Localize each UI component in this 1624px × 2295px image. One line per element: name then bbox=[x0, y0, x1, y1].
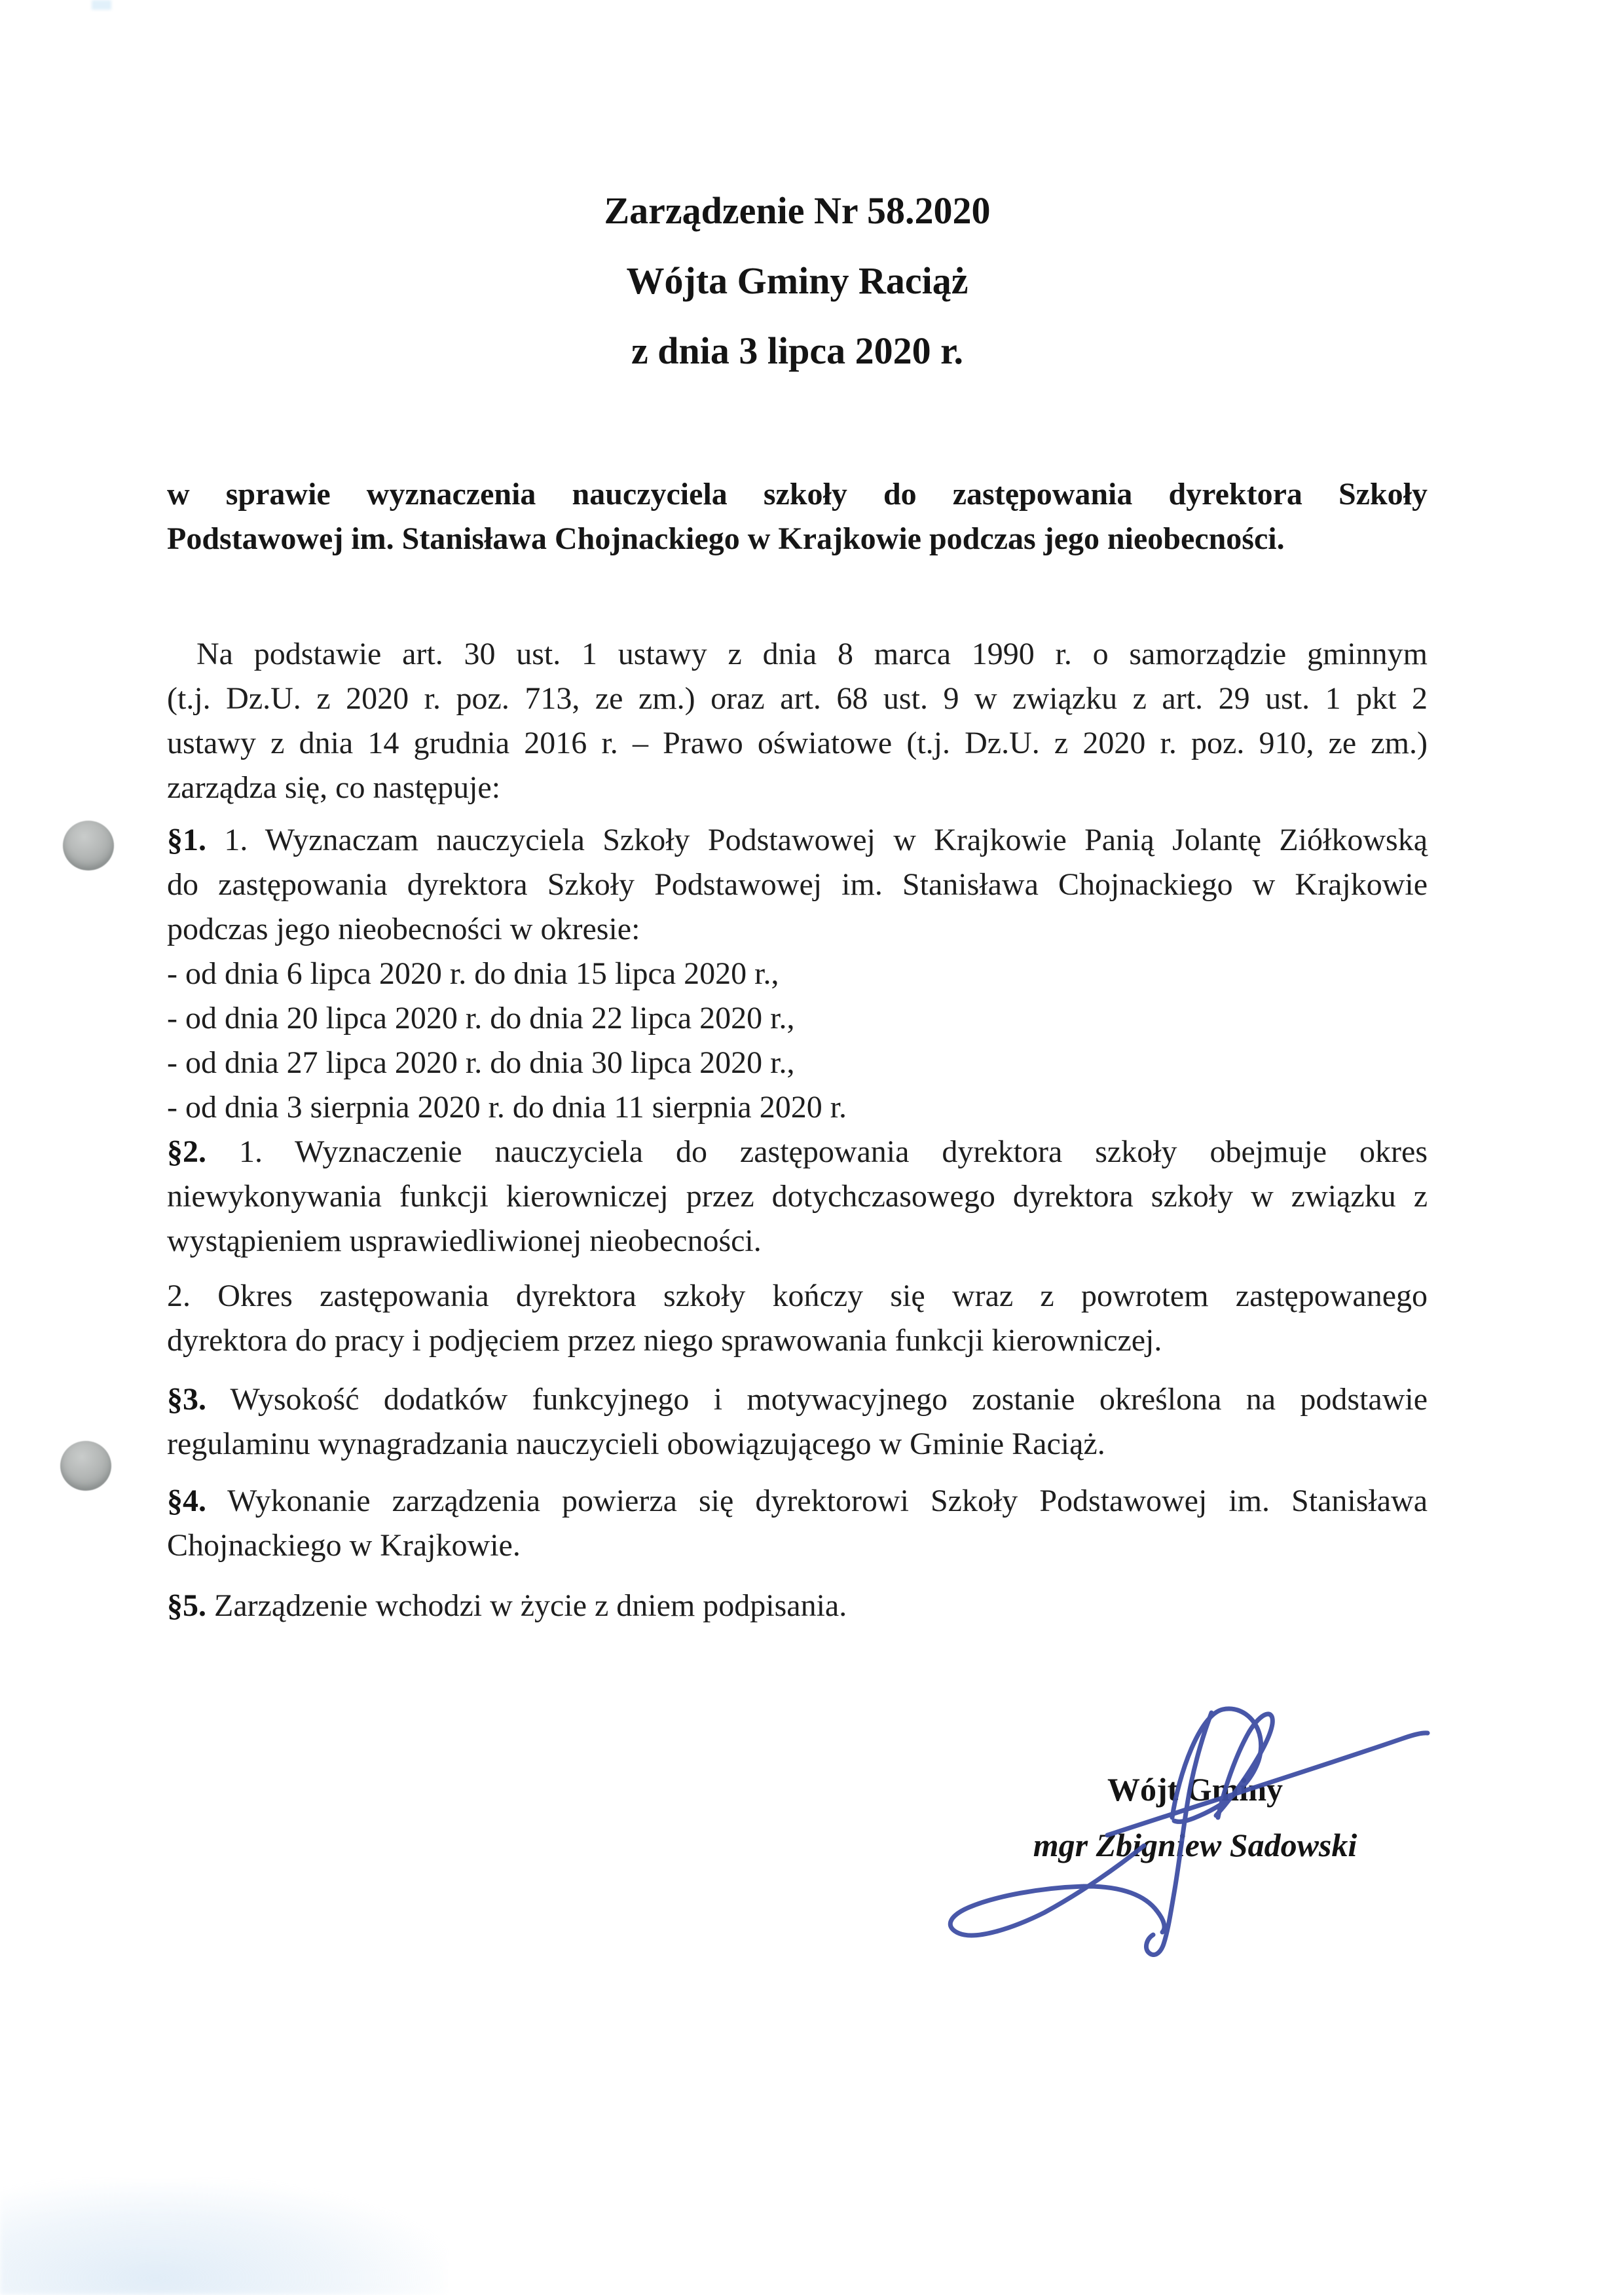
title-line-date: z dnia 3 lipca 2020 r. bbox=[167, 316, 1428, 386]
section-marker: §3. bbox=[167, 1382, 206, 1417]
section-line: Chojnackiego w Krajkowie. bbox=[167, 1523, 1428, 1568]
legal-basis-paragraph: Na podstawie art. 30 ust. 1 ustawy z dni… bbox=[167, 632, 1428, 810]
scanned-document-page: Zarządzenie Nr 58.2020 Wójta Gminy Racią… bbox=[0, 0, 1624, 2295]
date-range-item: - od dnia 27 lipca 2020 r. do dnia 30 li… bbox=[167, 1041, 1428, 1085]
section-paragraph-4: §4. Wykonanie zarządzenia powierza się d… bbox=[167, 1479, 1428, 1568]
subject-line: Podstawowej im. Stanisława Chojnackiego … bbox=[167, 517, 1428, 561]
section-paragraph-2-sub-2: 2. Okres zastępowania dyrektora szkoły k… bbox=[167, 1274, 1428, 1363]
title-line-issuer: Wójta Gminy Raciąż bbox=[167, 246, 1428, 316]
scan-smudge-bottom bbox=[0, 2181, 445, 2295]
section-text: Wykonanie zarządzenia powierza się dyrek… bbox=[227, 1483, 1428, 1518]
title-line-number: Zarządzenie Nr 58.2020 bbox=[167, 176, 1428, 246]
section-text: 1. Wyznaczenie nauczyciela do zastępowan… bbox=[239, 1134, 1428, 1169]
section-marker: §5. bbox=[167, 1588, 206, 1623]
section-line: regulaminu wynagradzania nauczycieli obo… bbox=[167, 1422, 1428, 1466]
section-marker: §1. bbox=[167, 823, 206, 857]
section-line: dyrektora do pracy i podjęciem przez nie… bbox=[167, 1318, 1428, 1363]
section-paragraph-1: §1. 1. Wyznaczam nauczyciela Szkoły Pods… bbox=[167, 818, 1428, 1130]
subject-paragraph: w sprawie wyznaczenia nauczyciela szkoły… bbox=[167, 472, 1428, 561]
section-line: podczas jego nieobecności w okresie: bbox=[167, 907, 1428, 952]
section-text: Wysokość dodatków funkcyjnego i motywacy… bbox=[230, 1382, 1428, 1417]
signatory-role: Wójt Gminy bbox=[979, 1770, 1411, 1809]
section-paragraph-3: §3. Wysokość dodatków funkcyjnego i moty… bbox=[167, 1377, 1428, 1466]
section-paragraph-5: §5. Zarządzenie wchodzi w życie z dniem … bbox=[167, 1584, 1428, 1628]
section-marker: §4. bbox=[167, 1483, 206, 1518]
legal-basis-line: Na podstawie art. 30 ust. 1 ustawy z dni… bbox=[167, 632, 1428, 677]
section-line: §4. Wykonanie zarządzenia powierza się d… bbox=[167, 1479, 1428, 1523]
document-content: Zarządzenie Nr 58.2020 Wójta Gminy Racią… bbox=[167, 0, 1428, 1628]
section-line: 2. Okres zastępowania dyrektora szkoły k… bbox=[167, 1274, 1428, 1318]
section-line: §2. 1. Wyznaczenie nauczyciela do zastęp… bbox=[167, 1130, 1428, 1174]
document-title: Zarządzenie Nr 58.2020 Wójta Gminy Racią… bbox=[167, 176, 1428, 386]
date-range-item: - od dnia 3 sierpnia 2020 r. do dnia 11 … bbox=[167, 1085, 1428, 1130]
section-line: §1. 1. Wyznaczam nauczyciela Szkoły Pods… bbox=[167, 818, 1428, 863]
date-range-item: - od dnia 20 lipca 2020 r. do dnia 22 li… bbox=[167, 996, 1428, 1041]
section-paragraph-2: §2. 1. Wyznaczenie nauczyciela do zastęp… bbox=[167, 1130, 1428, 1263]
signatory-name: mgr Zbigniew Sadowski bbox=[979, 1825, 1411, 1865]
hole-punch-mark-top bbox=[63, 821, 114, 870]
scan-smudge-top bbox=[92, 0, 111, 10]
legal-basis-line: ustawy z dnia 14 grudnia 2016 r. – Prawo… bbox=[167, 721, 1428, 766]
signature-block: Wójt Gminy mgr Zbigniew Sadowski bbox=[979, 1770, 1411, 1865]
legal-basis-line: zarządza się, co następuje: bbox=[167, 766, 1428, 810]
hole-punch-mark-bottom bbox=[60, 1441, 111, 1491]
section-text: 1. Wyznaczam nauczyciela Szkoły Podstawo… bbox=[224, 823, 1428, 857]
section-marker: §2. bbox=[167, 1134, 206, 1169]
section-line: niewykonywania funkcji kierowniczej prze… bbox=[167, 1174, 1428, 1219]
section-text: Zarządzenie wchodzi w życie z dniem podp… bbox=[214, 1588, 847, 1623]
section-line: §5. Zarządzenie wchodzi w życie z dniem … bbox=[167, 1584, 1428, 1628]
subject-line: w sprawie wyznaczenia nauczyciela szkoły… bbox=[167, 472, 1428, 517]
section-line: §3. Wysokość dodatków funkcyjnego i moty… bbox=[167, 1377, 1428, 1422]
section-line: do zastępowania dyrektora Szkoły Podstaw… bbox=[167, 863, 1428, 907]
legal-basis-line: (t.j. Dz.U. z 2020 r. poz. 713, ze zm.) … bbox=[167, 677, 1428, 721]
section-line: wystąpieniem usprawiedliwionej nieobecno… bbox=[167, 1219, 1428, 1263]
date-range-item: - od dnia 6 lipca 2020 r. do dnia 15 lip… bbox=[167, 952, 1428, 996]
